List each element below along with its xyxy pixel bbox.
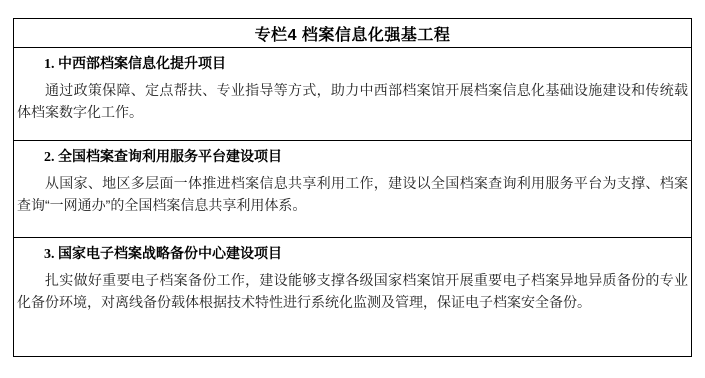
section-2-body: 从国家、地区多层面一体推进档案信息共享利用工作，建设以全国档案查询利用服务平台为… <box>17 172 688 216</box>
section-3-heading: 3. 国家电子档案战略备份中心建设项目 <box>17 244 688 266</box>
section-2-heading: 2. 全国档案查询利用服务平台建设项目 <box>17 147 688 169</box>
section-project-3: 3. 国家电子档案战略备份中心建设项目 扎实做好重要电子档案备份工作，建设能够支… <box>14 238 691 356</box>
section-1-heading: 1. 中西部档案信息化提升项目 <box>17 54 688 76</box>
document-page: 专栏4 档案信息化强基工程 1. 中西部档案信息化提升项目 通过政策保障、定点帮… <box>0 0 705 378</box>
section-project-2: 2. 全国档案查询利用服务平台建设项目 从国家、地区多层面一体推进档案信息共享利… <box>14 141 691 238</box>
section-1-body: 通过政策保障、定点帮扶、专业指导等方式，助力中西部档案馆开展档案信息化基础设施建… <box>17 79 688 123</box>
panel-title-row: 专栏4 档案信息化强基工程 <box>14 19 691 48</box>
section-project-1: 1. 中西部档案信息化提升项目 通过政策保障、定点帮扶、专业指导等方式，助力中西… <box>14 48 691 141</box>
column-box: 专栏4 档案信息化强基工程 1. 中西部档案信息化提升项目 通过政策保障、定点帮… <box>13 18 692 357</box>
section-3-body: 扎实做好重要电子档案备份工作，建设能够支撑各级国家档案馆开展重要电子档案异地异质… <box>17 269 688 313</box>
panel-title: 专栏4 档案信息化强基工程 <box>255 22 451 45</box>
